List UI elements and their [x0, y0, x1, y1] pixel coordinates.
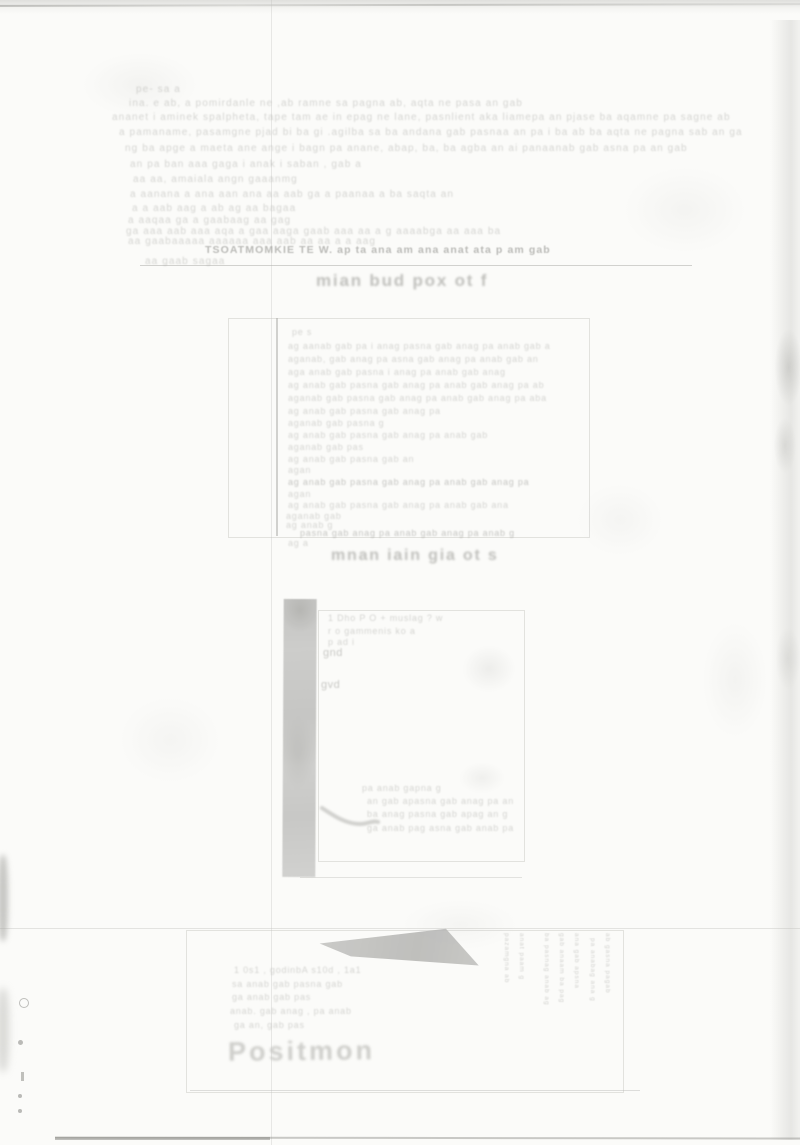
vertical-form-label: pazamgna ab: [503, 933, 510, 1013]
vertical-form-label: gab anaam ba pag: [558, 933, 565, 1061]
vertical-form-label: ba pasnag anab ag: [543, 933, 550, 1061]
vertical-form-label: pa anabag ana g: [589, 938, 596, 1060]
letterhead-vertical-labels: pazamgna abanat paam gba pasnag anab agg…: [0, 0, 800, 1145]
scanned-document-page: pe- sa aina. e ab, a pomirdanle ne ,ab r…: [0, 0, 800, 1145]
vertical-form-label: ab gasna pagab: [604, 933, 611, 1051]
vertical-form-label: anat paam g: [518, 933, 525, 1018]
vertical-form-label: ana gab apsna: [573, 933, 580, 1041]
